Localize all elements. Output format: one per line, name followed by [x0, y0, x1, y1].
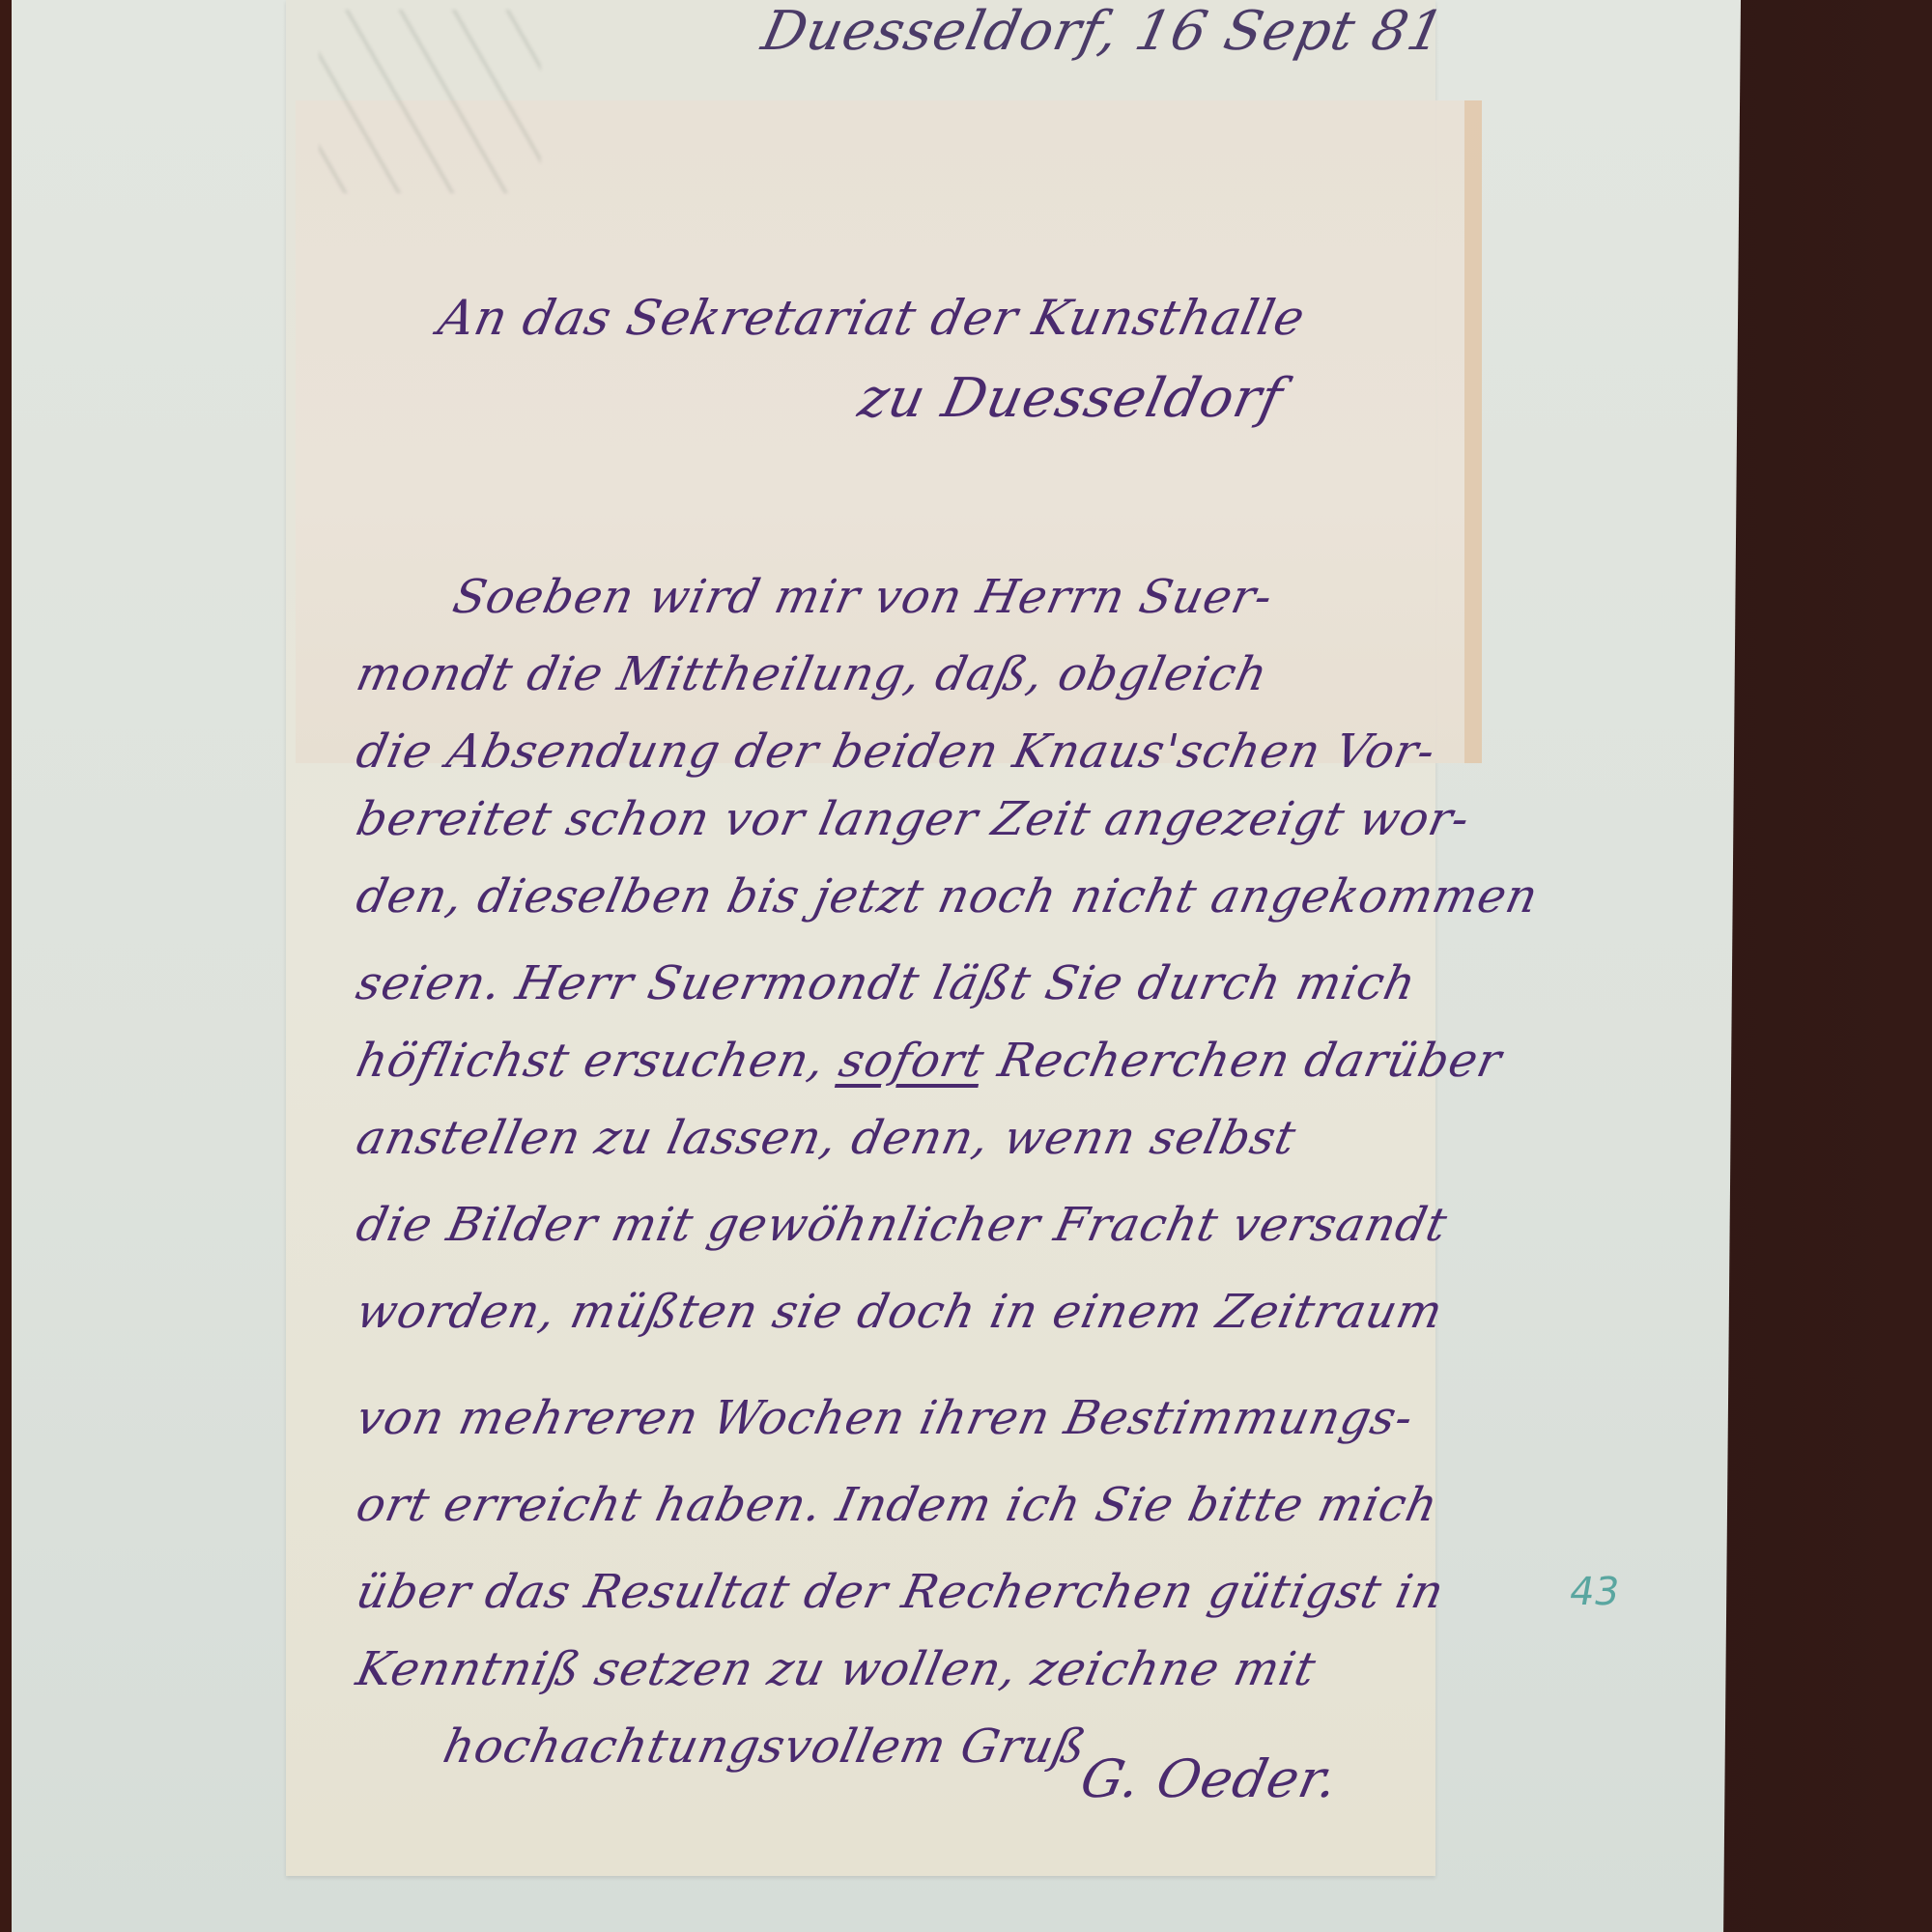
reverse-side-show-through — [319, 10, 541, 193]
body-line: die Bilder mit gewöhnlicher Fracht versa… — [352, 1198, 1452, 1252]
body-line-with-underline: höflichst ersuchen, sofort Recherchen da… — [352, 1034, 1507, 1088]
body-line: Kenntniß setzen zu wollen, zeichne mit — [352, 1642, 1321, 1696]
folio-number: 43 — [1566, 1570, 1623, 1614]
dateline: Duesseldorf, 16 Sept 81 — [756, 0, 1450, 63]
signature: G. Oeder. — [1075, 1748, 1344, 1809]
body-line: worden, müßten sie doch in einem Zeitrau… — [352, 1285, 1448, 1339]
body-line: über das Resultat der Recherchen gütigst… — [352, 1565, 1449, 1619]
address-line-1: An das Sekretariat der Kunsthalle — [434, 290, 1311, 346]
body-line: von mehreren Wochen ihren Bestimmungs- — [352, 1391, 1418, 1445]
body-line: den, dieselben bis jetzt noch nicht ange… — [352, 869, 1544, 923]
closing-salutation: hochachtungsvollem Gruß — [439, 1719, 1092, 1774]
body-line: anstellen zu lassen, denn, wenn selbst — [352, 1111, 1301, 1165]
body-line: die Absendung der beiden Knaus'schen Vor… — [352, 724, 1440, 779]
body-text: höflichst ersuchen, sofort Recherchen da… — [352, 1034, 1507, 1088]
body-line: bereitet schon vor langer Zeit angezeigt… — [352, 792, 1475, 846]
address-line-2: zu Duesseldorf — [853, 367, 1289, 430]
body-line: Soeben wird mir von Herrn Suer- — [448, 570, 1278, 624]
body-line: mondt die Mittheilung, daß, obgleich — [352, 647, 1273, 701]
body-line: seien. Herr Suermondt läßt Sie durch mic… — [352, 956, 1421, 1010]
underlined-word: sofort — [835, 1034, 989, 1088]
body-line: ort erreicht haben. Indem ich Sie bitte … — [352, 1478, 1443, 1532]
